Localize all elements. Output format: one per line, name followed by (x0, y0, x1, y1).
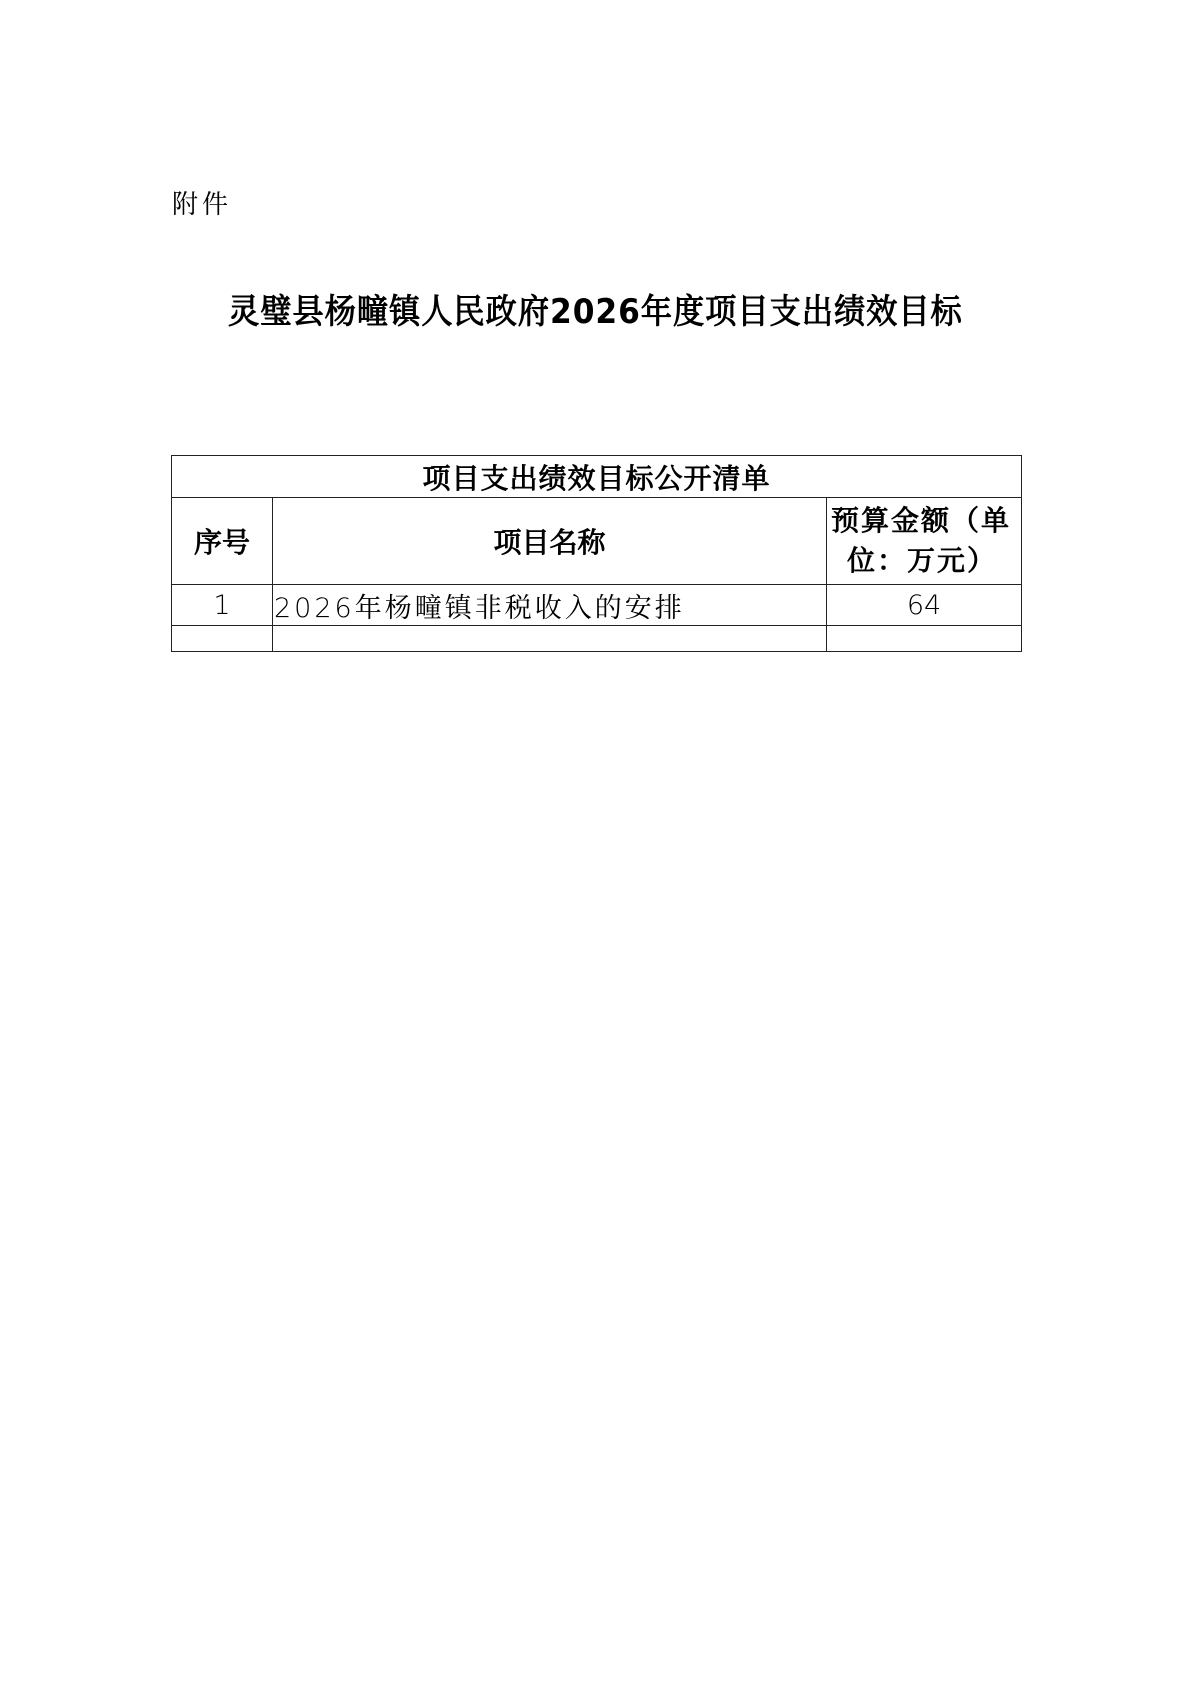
row-index: 1 (172, 585, 273, 626)
attachment-label: 附件 (172, 184, 232, 221)
table-header-row: 序号 项目名称 预算金额（单 位：万元） (172, 498, 1022, 585)
table-row: 1 2026年杨疃镇非税收入的安排 64 (172, 585, 1022, 626)
header-amount-line1: 预算金额（单 (831, 501, 1021, 541)
row-index (172, 626, 273, 652)
performance-target-table: 项目支出绩效目标公开清单 序号 项目名称 预算金额（单 位：万元） 1 2026… (171, 455, 1022, 652)
row-amount: 64 (827, 585, 1022, 626)
table-caption-row: 项目支出绩效目标公开清单 (172, 456, 1022, 498)
document-title: 灵璧县杨疃镇人民政府2026年度项目支出绩效目标 (48, 284, 1143, 333)
header-name: 项目名称 (273, 498, 827, 585)
row-name (273, 626, 827, 652)
header-amount: 预算金额（单 位：万元） (827, 498, 1022, 585)
row-amount (827, 626, 1022, 652)
row-name: 2026年杨疃镇非税收入的安排 (273, 585, 827, 626)
table-row-empty (172, 626, 1022, 652)
header-index: 序号 (172, 498, 273, 585)
header-amount-line2: 位：万元） (831, 541, 1021, 581)
table-caption: 项目支出绩效目标公开清单 (172, 456, 1022, 498)
